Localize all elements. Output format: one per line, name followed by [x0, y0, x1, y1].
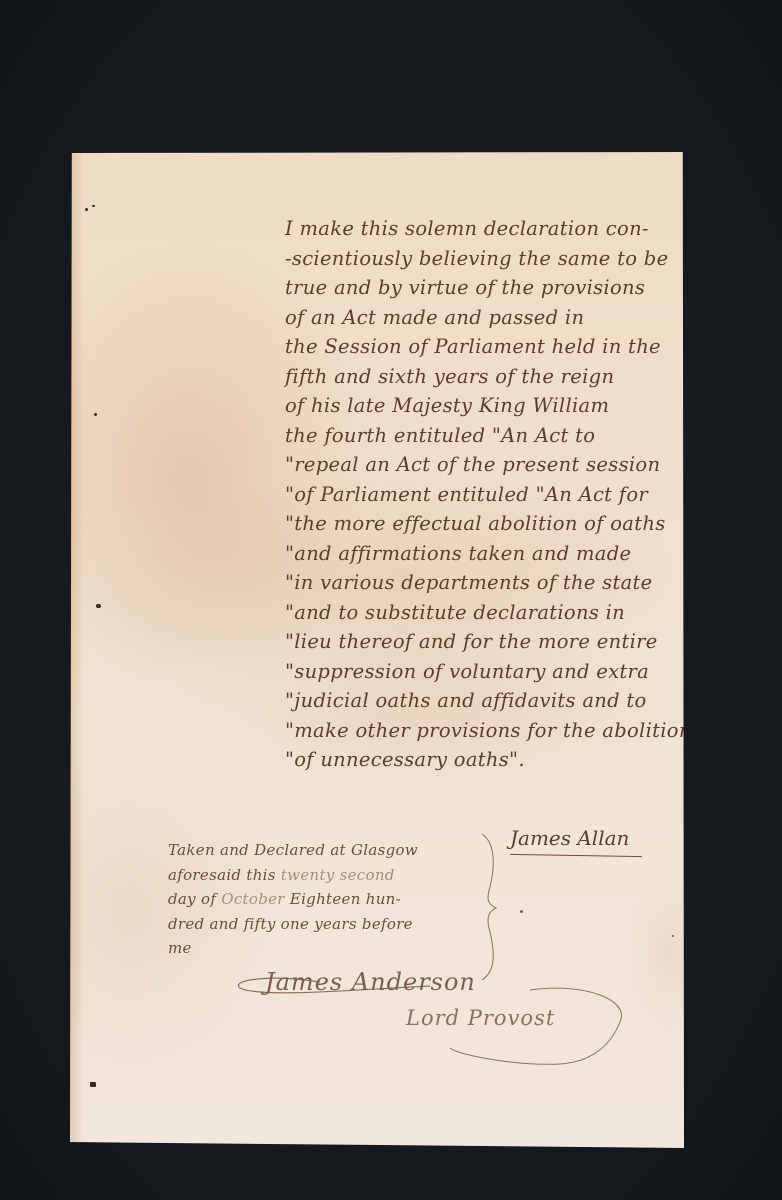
attestation-text: day of [168, 890, 221, 908]
body-line: "and affirmations taken and made [285, 539, 692, 569]
body-line: "in various departments of the state [285, 568, 692, 598]
body-line: "make other provisions for the abolition [285, 716, 692, 746]
official-signature: James Anderson [265, 968, 476, 996]
date-fill-month: October [221, 890, 285, 908]
declarant-signature: James Allan [510, 826, 629, 850]
attestation-line: day of October Eighteen hun- [168, 887, 418, 912]
body-line: the Session of Parliament held in the [285, 332, 692, 362]
body-line: true and by virtue of the provisions [285, 273, 692, 303]
body-line: "lieu thereof and for the more entire [285, 627, 692, 657]
date-fill-day: twenty second [281, 866, 395, 884]
body-line: "repeal an Act of the present session [285, 450, 692, 480]
paper-damage-mark [90, 1082, 96, 1087]
attestation-text: Eighteen hun- [285, 890, 401, 908]
ink-speck [94, 413, 97, 416]
document-page: I make this solemn declaration con- -sci… [70, 152, 684, 1148]
signature-underline [510, 854, 642, 857]
ink-speck [85, 208, 88, 211]
body-line: -scientiously believing the same to be [285, 244, 692, 274]
ink-speck [92, 205, 95, 207]
body-line: "the more effectual abolition of oaths [285, 509, 692, 539]
attestation-line: Taken and Declared at Glasgow [168, 838, 418, 863]
paper-damage-mark [96, 604, 101, 608]
body-line: of his late Majesty King William [285, 391, 692, 421]
declaration-body: I make this solemn declaration con- -sci… [285, 214, 692, 775]
body-line: "of unnecessary oaths". [285, 745, 692, 775]
attestation-line: aforesaid this twenty second [168, 863, 418, 888]
attestation-text: aforesaid this [168, 866, 281, 884]
attestation-line: dred and fifty one years before [168, 912, 418, 937]
attestation-block: Taken and Declared at Glasgow aforesaid … [168, 838, 418, 961]
scan-background: I make this solemn declaration con- -sci… [0, 0, 782, 1200]
body-line: "and to substitute declarations in [285, 598, 692, 628]
ink-speck [672, 935, 674, 937]
body-line: "suppression of voluntary and extra [285, 657, 692, 687]
body-line: fifth and sixth years of the reign [285, 362, 692, 392]
body-line: "judicial oaths and affidavits and to [285, 686, 692, 716]
body-line: "of Parliament entituled "An Act for [285, 480, 692, 510]
body-line: of an Act made and passed in [285, 303, 692, 333]
official-title: Lord Provost [406, 1006, 555, 1030]
body-line: I make this solemn declaration con- [285, 214, 692, 244]
ink-speck [520, 910, 523, 913]
body-line: the fourth entituled "An Act to [285, 421, 692, 451]
